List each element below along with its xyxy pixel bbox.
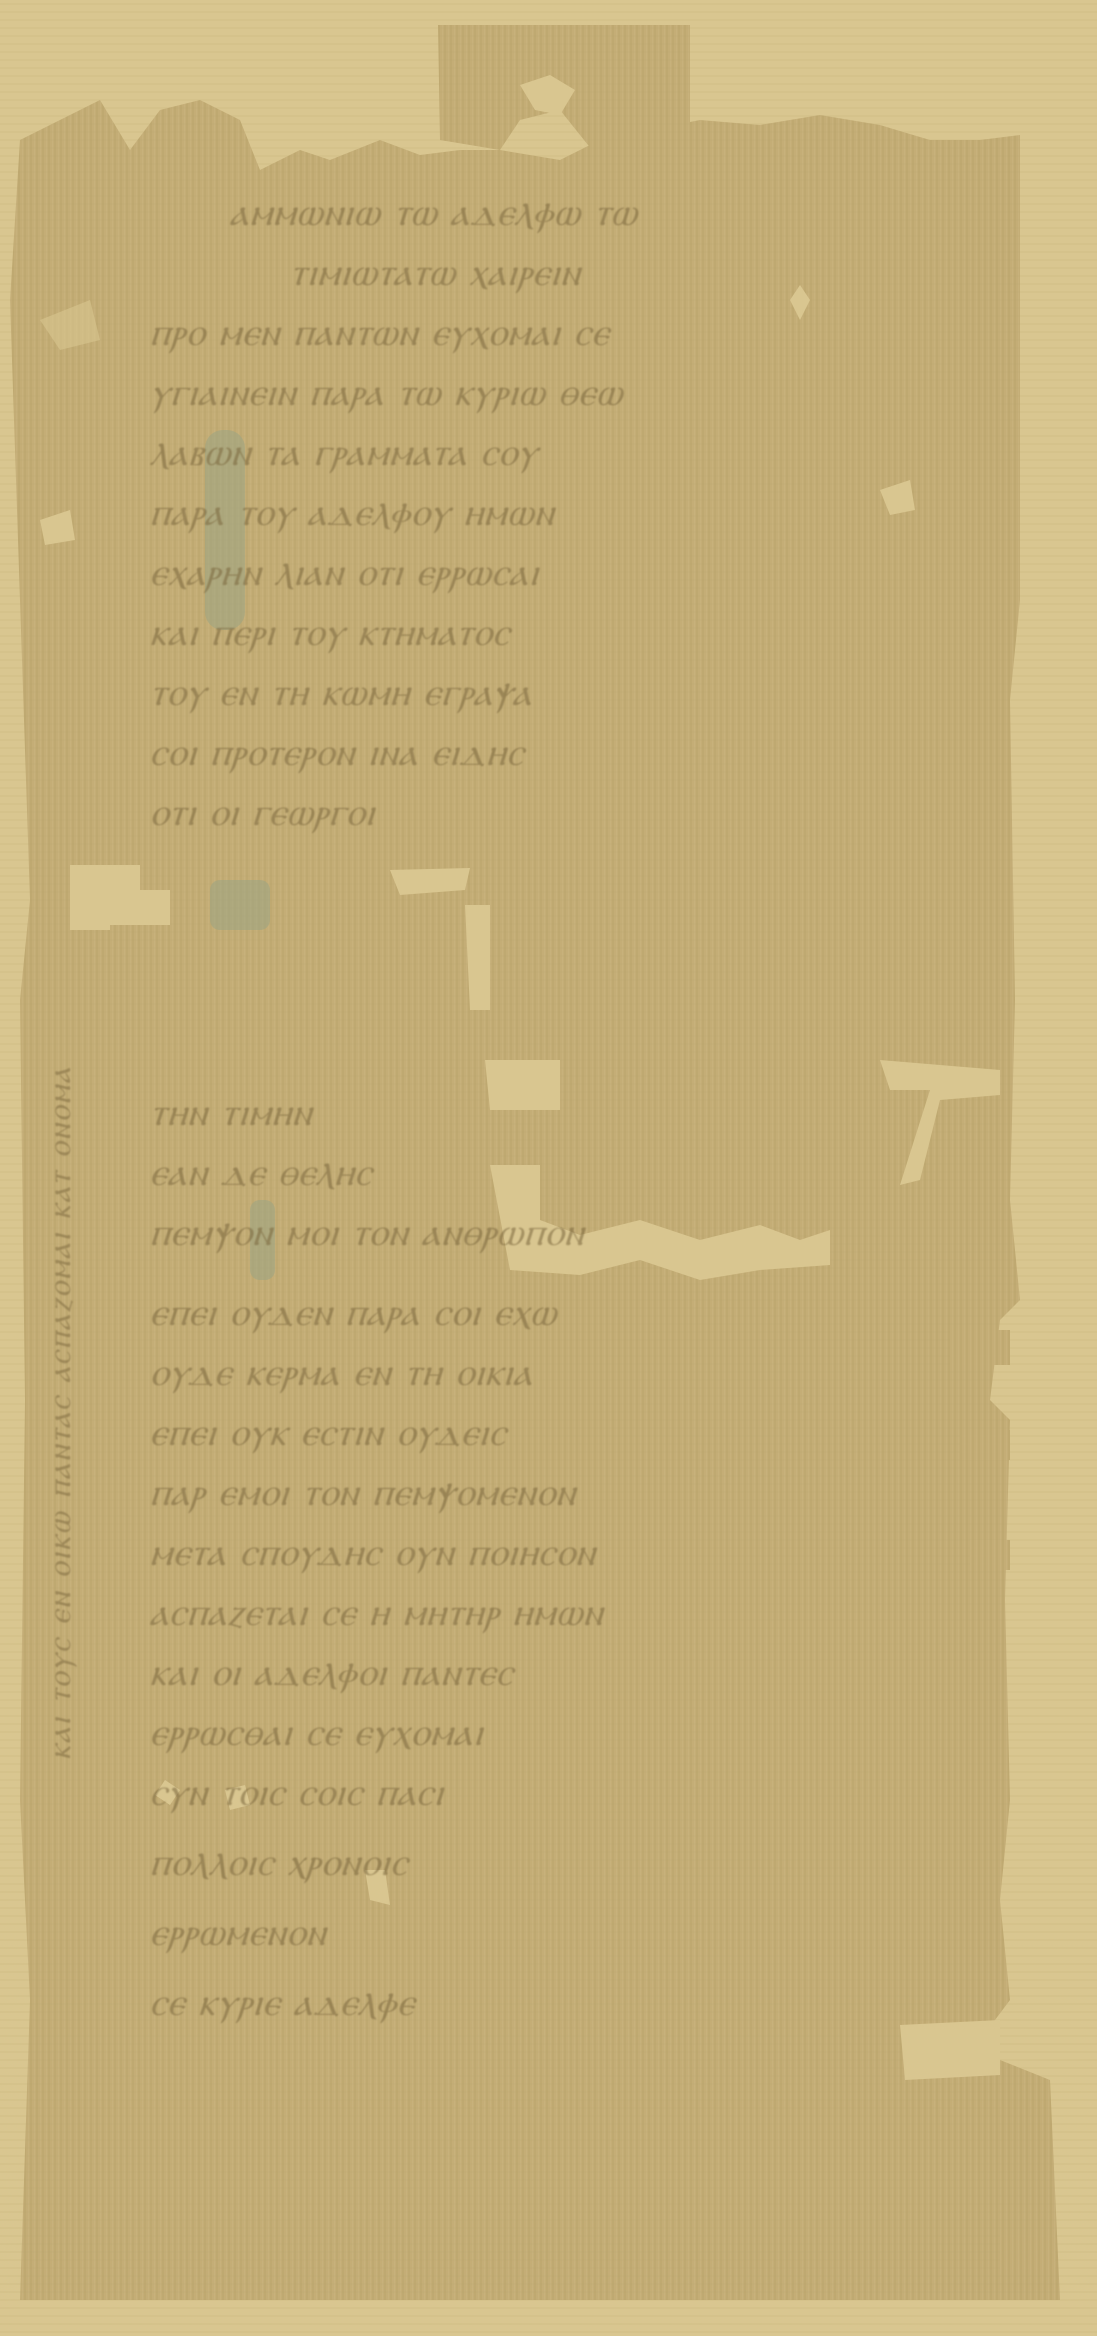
text-line-28: ⲡⲟⲗⲗⲟⲓⲥ ⲭⲣⲟⲛⲟⲓⲥ (148, 1840, 409, 1885)
text-line-6: ⲡⲁⲣⲁ ⲧⲟⲩ ⲁⲇⲉⲗⲫⲟⲩ ⲏⲙⲱⲛ (148, 490, 556, 535)
text-line-3: ⲡⲣⲟ ⲙⲉⲛ ⲡⲁⲛⲧⲱⲛ ⲉⲩⲭⲟⲙⲁⲓ ⲥⲉ (148, 310, 611, 355)
vertical-margin-note: ⲕⲁⲓ ⲧⲟⲩⲥ ⲉⲛ ⲟⲓⲕⲱ ⲡⲁⲛⲧⲁⲥ ⲁⲥⲡⲁⲍⲟⲙⲁⲓ ⲕⲁⲧ ⲟⲛ… (40, 1066, 79, 1760)
text-line-10: ⲥⲟⲓ ⲡⲣⲟⲧⲉⲣⲟⲛ ⲓⲛⲁ ⲉⲓⲇⲏⲥ (148, 730, 526, 775)
text-line-7: ⲉⲭⲁⲣⲏⲛ ⲗⲓⲁⲛ ⲟⲧⲓ ⲉⲣⲣⲱⲥⲁⲓ (148, 550, 541, 595)
text-line-19: ⲉⲡⲉⲓ ⲟⲩⲇⲉⲛ ⲡⲁⲣⲁ ⲥⲟⲓ ⲉⲭⲱ (148, 1290, 558, 1335)
text-line-20: ⲟⲩⲇⲉ ⲕⲉⲣⲙⲁ ⲉⲛ ⲧⲏ ⲟⲓⲕⲓⲁ (148, 1350, 535, 1395)
text-line-11: ⲟⲧⲓ ⲟⲓ ⲅⲉⲱⲣⲅⲟⲓ (148, 790, 377, 835)
text-line-4: ⲩⲅⲓⲁⲓⲛⲉⲓⲛ ⲡⲁⲣⲁ ⲧⲱ ⲕⲩⲣⲓⲱ ⲑⲉⲱ (148, 370, 624, 415)
text-line-22: ⲡⲁⲣ ⲉⲙⲟⲓ ⲧⲟⲛ ⲡⲉⲙⲯⲟⲙⲉⲛⲟⲛ (148, 1470, 577, 1515)
text-line-1: ⲁⲙⲙⲱⲛⲓⲱ ⲧⲱ ⲁⲇⲉⲗⲫⲱ ⲧⲱ (228, 190, 639, 235)
text-line-27: ⲥⲩⲛ ⲧⲟⲓⲥ ⲥⲟⲓⲥ ⲡⲁⲥⲓ (148, 1770, 445, 1815)
text-line-2: ⲧⲓⲙⲓⲱⲧⲁⲧⲱ ⲭⲁⲓⲣⲉⲓⲛ (288, 250, 582, 295)
text-line-21: ⲉⲡⲉⲓ ⲟⲩⲕ ⲉⲥⲧⲓⲛ ⲟⲩⲇⲉⲓⲥ (148, 1410, 508, 1455)
text-line-9: ⲧⲟⲩ ⲉⲛ ⲧⲏ ⲕⲱⲙⲏ ⲉⲅⲣⲁⲯⲁ (148, 670, 534, 715)
text-line-25: ⲕⲁⲓ ⲟⲓ ⲁⲇⲉⲗⲫⲟⲓ ⲡⲁⲛⲧⲉⲥ (148, 1650, 515, 1695)
text-line-30: ⲥⲉ ⲕⲩⲣⲓⲉ ⲁⲇⲉⲗⲫⲉ (148, 1980, 416, 2025)
text-line-24: ⲁⲥⲡⲁⲍⲉⲧⲁⲓ ⲥⲉ ⲏ ⲙⲏⲧⲏⲣ ⲏⲙⲱⲛ (148, 1590, 605, 1635)
text-line-23: ⲙⲉⲧⲁ ⲥⲡⲟⲩⲇⲏⲥ ⲟⲩⲛ ⲡⲟⲓⲏⲥⲟⲛ (148, 1530, 597, 1575)
text-line-26: ⲉⲣⲣⲱⲥⲑⲁⲓ ⲥⲉ ⲉⲩⲭⲟⲙⲁⲓ (148, 1710, 485, 1755)
text-line-29: ⲉⲣⲣⲱⲙⲉⲛⲟⲛ (148, 1910, 328, 1955)
text-line-8: ⲕⲁⲓ ⲡⲉⲣⲓ ⲧⲟⲩ ⲕⲧⲏⲙⲁⲧⲟⲥ (148, 610, 512, 655)
text-line-16: ⲧⲏⲛ ⲧⲓⲙⲏⲛ (148, 1090, 314, 1135)
text-line-17: ⲉⲁⲛ ⲇⲉ ⲑⲉⲗⲏⲥ (148, 1150, 374, 1195)
text-line-18: ⲡⲉⲙⲯⲟⲛ ⲙⲟⲓ ⲧⲟⲛ ⲁⲛⲑⲣⲱⲡⲟⲛ (148, 1210, 586, 1255)
text-line-5: ⲗⲁⲃⲱⲛ ⲧⲁ ⲅⲣⲁⲙⲙⲁⲧⲁ ⲥⲟⲩ (148, 430, 539, 475)
